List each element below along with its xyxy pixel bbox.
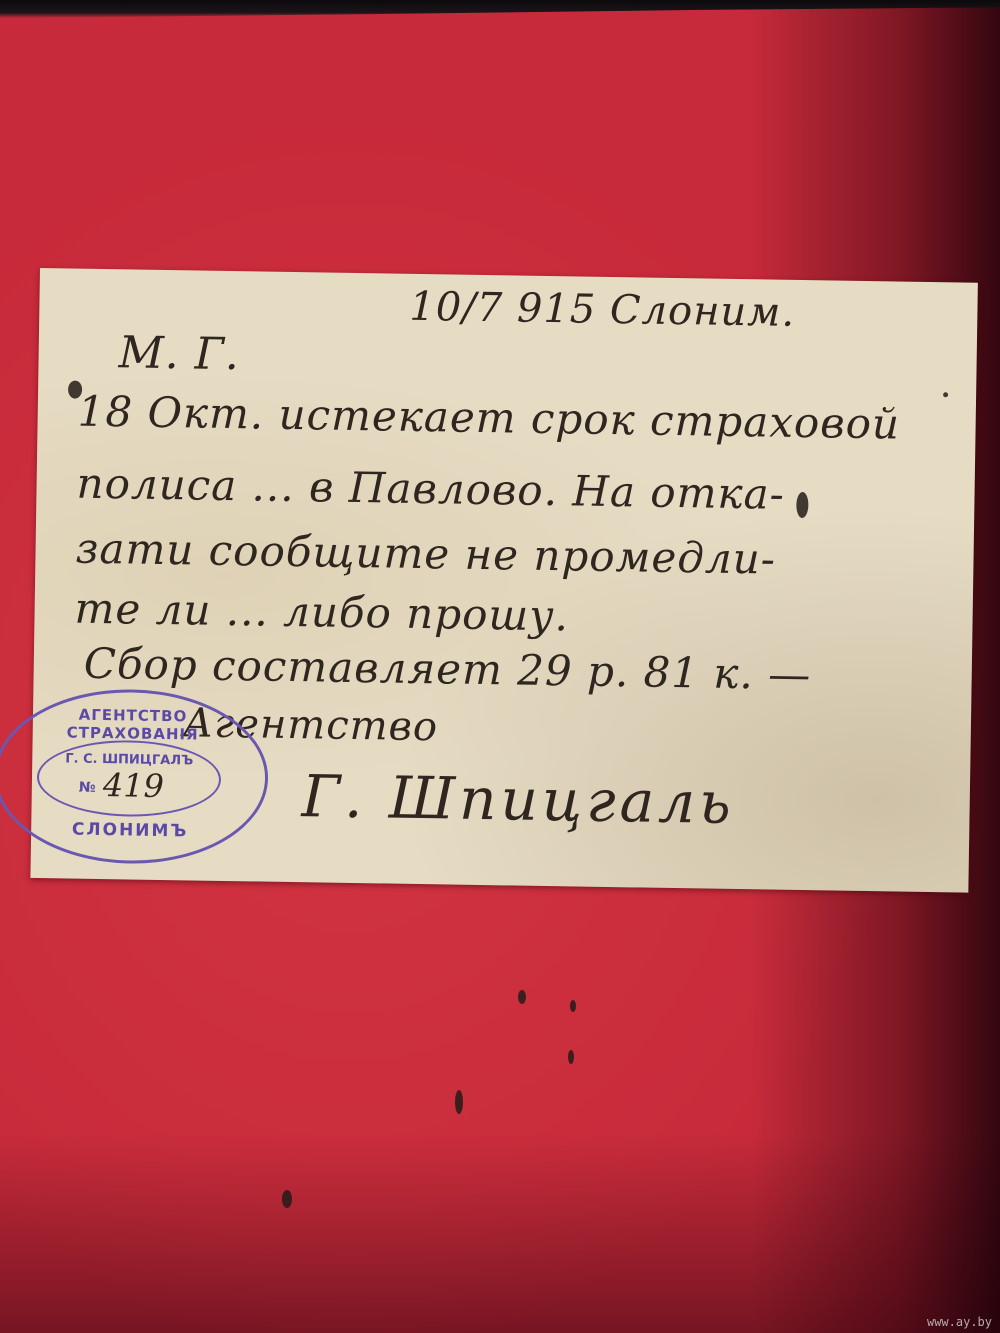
salutation: М. Г. bbox=[118, 327, 240, 380]
ink-blot bbox=[796, 492, 808, 518]
ink-spot bbox=[455, 1090, 463, 1114]
ink-spot bbox=[570, 1000, 576, 1012]
signature: Г. Шпицгаль bbox=[301, 762, 735, 837]
body-line-1: 18 Окт. истекает срок страховой bbox=[77, 387, 900, 449]
stamp-number: 419 bbox=[103, 766, 165, 805]
postcard: 10/7 915 Слоним. М. Г. 18 Окт. истекает … bbox=[30, 268, 977, 893]
ink-spot bbox=[518, 990, 526, 1004]
ink-blot bbox=[943, 392, 948, 397]
body-line-2: полиса ... в Павлово. На отка- bbox=[76, 459, 785, 519]
stamp-number-label: № bbox=[79, 780, 96, 796]
body-line-5: Сбор составляет 29 р. 81 к. — bbox=[83, 639, 811, 699]
ink-spot bbox=[568, 1050, 574, 1064]
stamp-bottom-text: СЛОНИМЪ bbox=[0, 818, 264, 842]
date-line: 10/7 915 Слоним. bbox=[409, 284, 795, 336]
ink-spot bbox=[282, 1190, 292, 1208]
stamp-top-text: АГЕНТСТВО СТРАХОВАНІЯ bbox=[28, 705, 239, 744]
stamp-inner-oval: Г. С. ШПИЦГАЛЪ № 419 bbox=[36, 739, 221, 818]
body-line-4: те ли ... либо прошу. bbox=[74, 584, 569, 641]
body-line-3: зати сообщите не промедли- bbox=[75, 524, 776, 584]
agency-stamp: АГЕНТСТВО СТРАХОВАНІЯ Г. С. ШПИЦГАЛЪ № 4… bbox=[0, 687, 269, 865]
watermark: www.ay.by bbox=[927, 1315, 992, 1329]
